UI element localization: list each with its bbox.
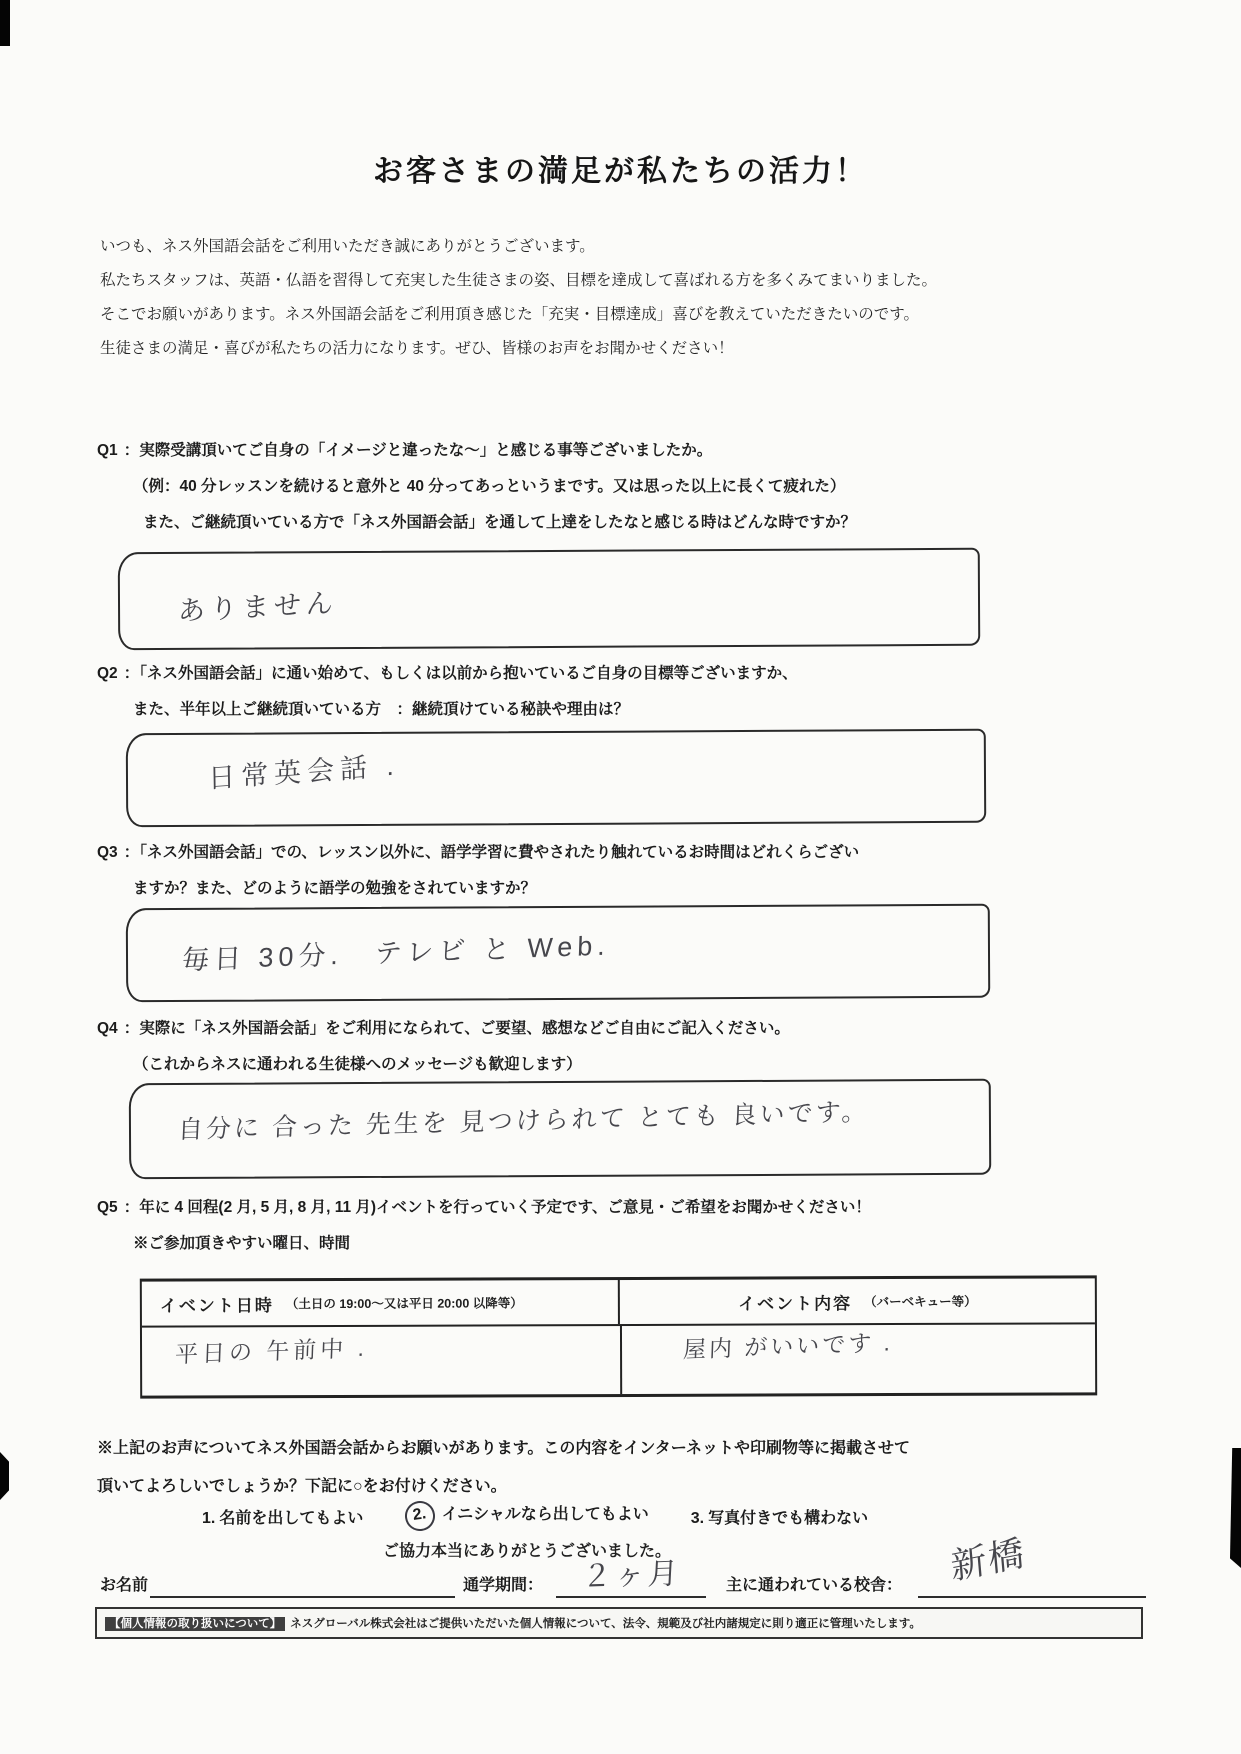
event-datetime-note: （土日の 19:00～又は平日 20:00 以降等）: [286, 1293, 523, 1312]
intro-line-3: そこでお願いがあります。ネス外国語会話をご利用頂き感じた「充実・目標達成」喜びを…: [100, 298, 1160, 332]
period-field-label: 通学期間：: [463, 1572, 543, 1595]
q3-line-2: ますか？また、どのように語学の勉強をされていますか？: [97, 871, 1187, 907]
q1-line-2: （例：40 分レッスンを続けると意外と 40 分ってあっというまです。又は思った…: [97, 469, 1187, 505]
q2-number: Q2: [97, 665, 118, 682]
scan-artifact-left-edge: [0, 1452, 9, 1500]
q2-line-2: また、半年以上ご継続頂いている方 ：継続頂けている秘訣や理由は？: [97, 692, 1187, 728]
q4-line-2: （これからネスに通われる生徒様へのメッセージも歓迎します）: [97, 1047, 1187, 1083]
scanned-questionnaire-page: お客さまの満足が私たちの活力！ いつも、ネス外国語会話をご利用いただき誠にありが…: [0, 0, 1241, 1754]
school-field-label: 主に通われている校舎：: [726, 1572, 902, 1595]
consent-option-2: 2.イニシャルなら出してもよい: [405, 1501, 648, 1531]
option-2-label: イニシャルなら出してもよい: [442, 1506, 649, 1523]
q1-line-1: ：実際受講頂いてご自身の「イメージと違ったな～」と感じる事等ございましたか。: [124, 442, 713, 459]
q5-number: Q5: [97, 1199, 118, 1216]
consent-option-3: 3.写真付きでも構わない: [691, 1505, 868, 1528]
option-1-number: 1.: [202, 1510, 215, 1528]
question-q2: Q2：「ネス外国語会話」に通い始めて、もしくは以前から抱いているご自身の目標等ご…: [97, 656, 1187, 728]
question-q5: Q5：年に 4 回程(2 月, 5 月, 8 月, 11 月)イベントを行ってい…: [97, 1190, 1187, 1262]
consent-request: ※上記のお声についてネス外国語会話からお願いがあります。この内容をインターネット…: [97, 1430, 1177, 1506]
q5-line-2: ※ご参加頂きやすい曜日、時間: [97, 1226, 1187, 1262]
consent-options: 1.名前を出してもよい 2.イニシャルなら出してもよい 3.写真付きでも構わない: [202, 1501, 868, 1531]
option-3-label: 写真付きでも構わない: [708, 1510, 868, 1527]
school-handwritten-value: 新橋: [948, 1525, 1027, 1591]
question-q3: Q3：「ネス外国語会話」での、レッスン以外に、語学学習に費やされたり触れているお…: [97, 835, 1187, 907]
event-datetime-handwritten-answer: 平日の 午前中 .: [174, 1330, 368, 1370]
intro-line-1: いつも、ネス外国語会話をご利用いただき誠にありがとうございます。: [100, 230, 1160, 264]
event-table-header-datetime: イベント日時 （土日の 19:00～又は平日 20:00 以降等）: [142, 1280, 620, 1326]
period-handwritten-value: ２ヶ月: [581, 1548, 682, 1596]
q2-line-1: ：「ネス外国語会話」に通い始めて、もしくは以前から抱いているご自身の目標等ござい…: [124, 665, 798, 682]
option-1-label: 名前を出してもよい: [219, 1510, 363, 1527]
intro-line-4: 生徒さまの満足・喜びが私たちの活力になります。ぜひ、皆様のお声をお聞かせください…: [100, 332, 1160, 366]
school-field-underline: [918, 1596, 1146, 1598]
period-field-underline: [556, 1596, 706, 1598]
option-2-number-circled: 2.: [403, 1499, 437, 1533]
q4-number: Q4: [97, 1020, 118, 1037]
q4-line-1: ：実際に「ネス外国語会話」をご利用になられて、ご要望、感想などご自由にご記入くだ…: [124, 1020, 790, 1037]
question-q4: Q4：実際に「ネス外国語会話」をご利用になられて、ご要望、感想などご自由にご記入…: [97, 1011, 1187, 1083]
intro-paragraph: いつも、ネス外国語会話をご利用いただき誠にありがとうございます。 私たちスタッフ…: [100, 230, 1160, 366]
name-field-underline: [150, 1596, 455, 1598]
scan-artifact-right-edge: [1230, 1448, 1241, 1568]
intro-line-2: 私たちスタッフは、英語・仏語を習得して充実した生徒さまの姿、目標を達成して喜ばれ…: [100, 264, 1160, 298]
event-datetime-title: イベント日時: [160, 1291, 274, 1316]
consent-line-1: ※上記のお声についてネス外国語会話からお願いがあります。この内容をインターネット…: [97, 1430, 1177, 1468]
q1-number: Q1: [97, 442, 118, 459]
event-table-header-content: イベント内容 （バーベキュー等）: [620, 1278, 1095, 1324]
q1-line-3: また、ご継続頂いている方で「ネス外国語会話」を通して上達をしたなと感じる時はどん…: [97, 505, 1187, 541]
q3-number: Q3: [97, 844, 118, 861]
privacy-notice-text: ネスグローバル株式会社はご提供いただいた個人情報について、法令、規範及び社内諸規…: [290, 1618, 921, 1630]
q3-line-1: ：「ネス外国語会話」での、レッスン以外に、語学学習に費やされたり触れているお時間…: [124, 844, 859, 861]
option-3-number: 3.: [691, 1510, 704, 1528]
event-table-header-row: イベント日時 （土日の 19:00～又は平日 20:00 以降等） イベント内容…: [142, 1278, 1095, 1327]
privacy-notice: 【個人情報の取り扱いについて】ネスグローバル株式会社はご提供いただいた個人情報に…: [95, 1607, 1143, 1639]
question-q1: Q1：実際受講頂いてご自身の「イメージと違ったな～」と感じる事等ございましたか。…: [97, 433, 1187, 541]
consent-option-1: 1.名前を出してもよい: [202, 1505, 363, 1528]
page-title: お客さまの満足が私たちの活力！: [0, 146, 1241, 190]
event-content-note: （バーベキュー等）: [864, 1292, 977, 1310]
privacy-notice-label: 【個人情報の取り扱いについて】: [105, 1617, 285, 1631]
q5-line-1: ：年に 4 回程(2 月, 5 月, 8 月, 11 月)イベントを行っていく予…: [124, 1199, 871, 1216]
name-field-label: お名前: [100, 1572, 148, 1595]
event-content-title: イベント内容: [738, 1289, 852, 1314]
scan-artifact-top-left: [0, 0, 10, 46]
